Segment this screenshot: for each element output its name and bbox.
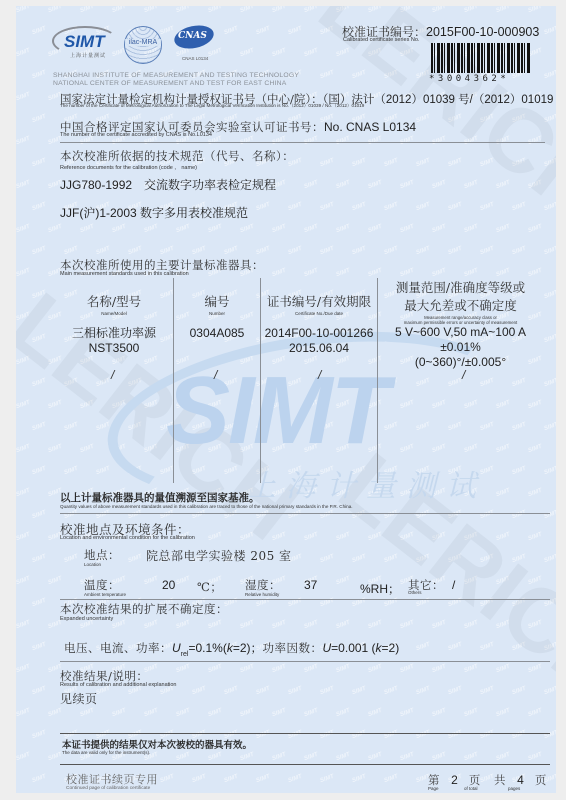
uncertainty-label: 本次校准结果的扩展不确定度：	[60, 601, 228, 617]
uncertainty-value: 电压、电流、功率：Urel=0.1%(k=2)；功率因数：U=0.001 (k=…	[64, 637, 399, 658]
divider	[60, 599, 550, 600]
empty-marker: /	[111, 368, 114, 382]
authorization-label-en: The number of the Certificate of Metrolo…	[60, 103, 364, 109]
location-label: 地点：	[84, 547, 120, 563]
empty-marker: /	[462, 368, 465, 382]
humidity-label: 湿度：	[245, 577, 281, 593]
cnas-label-en: The number of the certificate accredited…	[60, 132, 212, 138]
continued-page-label-en: Continued page of calibration certificat…	[66, 786, 150, 791]
national-center-name-en: NATIONAL CENTER OF MEASUREMENT AND TEST …	[53, 80, 287, 87]
page-label-en: Page	[428, 786, 439, 791]
page-indicator: 第 2 页 共 4 页	[428, 769, 547, 788]
reference-docs-label-en: Reference documents for the calibration …	[60, 163, 197, 171]
environment-label-en: Location and environmental condition for…	[60, 535, 195, 541]
temperature-label: 温度：	[84, 577, 120, 593]
ilac-mra-logo: ilac-MRA	[124, 26, 162, 64]
empty-marker: /	[318, 368, 321, 382]
continued-page-label: 校准证书续页专用	[66, 771, 158, 787]
humidity-unit: %RH；	[360, 580, 400, 597]
temperature-label-en: Ambient temperature	[84, 592, 126, 597]
divider	[60, 733, 550, 734]
reference-doc-item: JJG780-1992 交流数字功率表检定规程	[60, 174, 276, 193]
simt-watermark: SIMT	[166, 356, 387, 466]
reference-docs-label: 本次校准所依据的技术规范（代号、名称）：	[60, 148, 294, 164]
simt-watermark-cn: 上海计量测试	[246, 461, 486, 505]
cnas-logo: CNAS CNAS L0134	[170, 24, 220, 68]
validity-statement: 本证书提供的结果仅对本次被校的器具有效。	[62, 737, 252, 751]
standards-column-number: 编号 Number 0304A085	[174, 292, 260, 341]
simt-logo: SIMT 上海计量测试	[52, 26, 116, 60]
institute-name-en: SHANGHAI INSTITUTE OF MEASUREMENT AND TE…	[53, 72, 299, 79]
location-label-en: Location	[84, 562, 101, 567]
humidity-value: 37	[304, 578, 317, 592]
divider	[60, 764, 550, 765]
divider	[60, 142, 545, 143]
others-value: /	[452, 578, 455, 592]
divider	[60, 661, 550, 662]
temperature-value: 20	[162, 578, 175, 592]
others-label-en: Others	[408, 590, 422, 595]
traceability-statement-en: Quantity values of above measurement sta…	[60, 504, 353, 509]
cert-number-label-en: Calibrated certificate series No.	[343, 37, 419, 43]
standards-column-certificate: 证书编号/有效期限 Certificate No./Due date 2014F…	[261, 292, 377, 356]
reference-doc-item: JJF(沪)1-2003 数字多用表校准规范	[60, 202, 248, 221]
temperature-unit: ℃；	[197, 579, 222, 595]
uncertainty-label-en: Expanded uncertainty	[60, 616, 113, 622]
pages-label-en: pages	[508, 786, 520, 791]
validity-statement-en: The data are valid only for the instrume…	[62, 750, 150, 755]
results-value: 见续页	[60, 690, 98, 707]
standards-column-name: 名称/型号 Name/Model 三相标准功率源 NST3500	[56, 292, 172, 356]
divider	[60, 513, 550, 514]
barcode	[431, 43, 531, 73]
standards-column-range: 测量范围/准确度等级或 最大允差或不确定度 Measurement range/…	[378, 278, 543, 370]
of-total-label-en: of total	[464, 786, 478, 791]
certificate-page: SIMTSIMTSIMTSIMTSIMTSIMTSIMTSIMTSIMTSIMT…	[16, 6, 556, 793]
barcode-number: *3004362*	[429, 74, 509, 84]
traceability-statement: 以上计量标准器具的量值溯源至国家基准。	[60, 490, 260, 505]
location-value: 院总部电学实验楼 205 室	[146, 547, 292, 564]
standards-label-en: Main measurement standards used in this …	[60, 271, 189, 277]
results-label-en: Results of calibration and additional ex…	[60, 682, 177, 688]
humidity-label-en: Relative humidity	[245, 592, 279, 597]
empty-marker: /	[214, 368, 217, 382]
